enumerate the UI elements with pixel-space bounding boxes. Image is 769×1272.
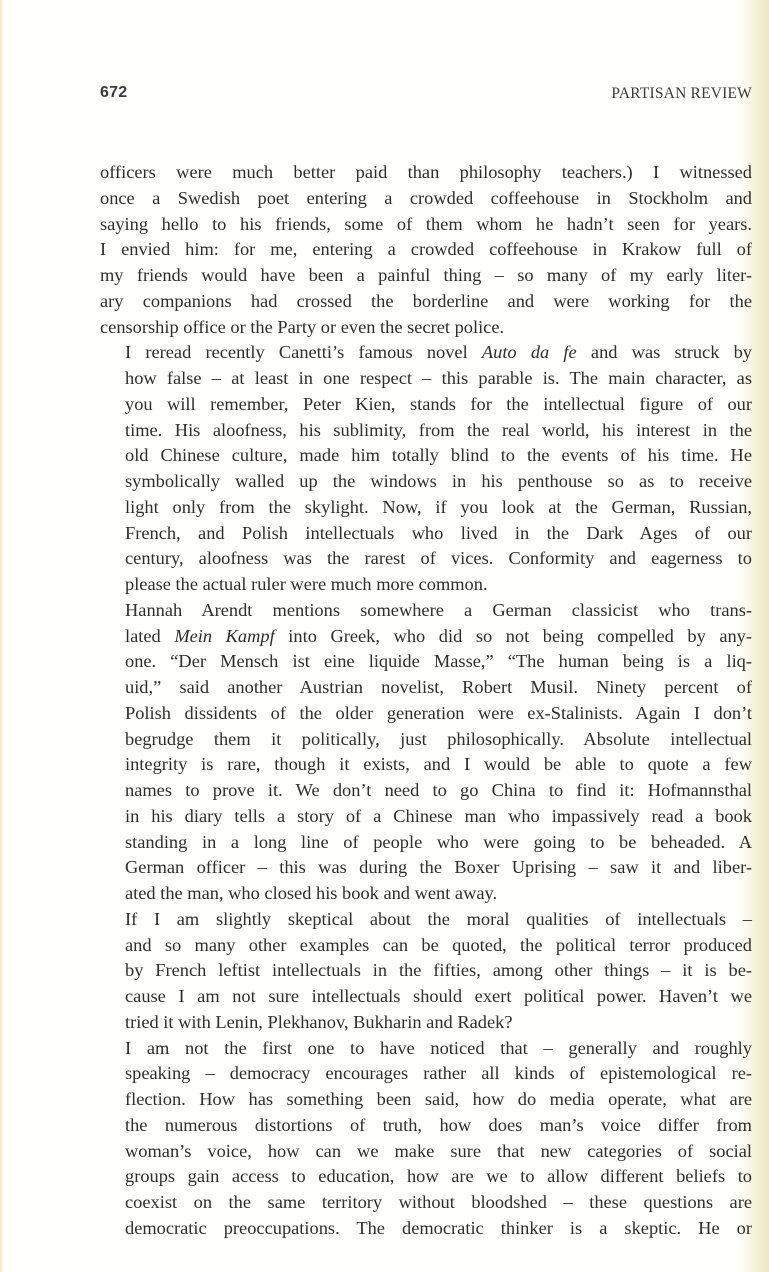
- text-line: censorship office or the Party or even t…: [100, 315, 752, 341]
- paragraph: I am not the first one to have noticed t…: [100, 1036, 752, 1242]
- text-line: ated the man, who closed his book and we…: [100, 881, 752, 907]
- text-line: time. His aloofness, his sublimity, from…: [100, 418, 752, 444]
- text-line: standing in a long line of people who we…: [100, 830, 752, 856]
- text-line: cause I am not sure intellectuals should…: [100, 984, 752, 1010]
- journal-title: PARTISAN REVIEW: [611, 85, 752, 103]
- text-line: groups gain access to education, how are…: [100, 1164, 752, 1190]
- italic-title: Mein Kampf: [174, 626, 274, 646]
- paragraph: If I am slightly skeptical about the mor…: [100, 907, 752, 1036]
- text-line: ary companions had crossed the borderlin…: [100, 289, 752, 315]
- article-body: officers were much better paid than phil…: [100, 160, 752, 1242]
- italic-title: Auto da fe: [482, 342, 577, 362]
- text-line: the numerous distortions of truth, how d…: [100, 1113, 752, 1139]
- text-line: Polish dissidents of the older generatio…: [100, 701, 752, 727]
- text-line: begrudge them it politically, just philo…: [100, 727, 752, 753]
- text-line: I envied him: for me, entering a crowded…: [100, 237, 752, 263]
- text-line: once a Swedish poet entering a crowded c…: [100, 186, 752, 212]
- paragraph: I reread recently Canetti’s famous novel…: [100, 340, 752, 598]
- text-line: one. “Der Mensch ist eine liquide Masse,…: [100, 649, 752, 675]
- text-line: officers were much better paid than phil…: [100, 160, 752, 186]
- text-line: by French leftist intellectuals in the f…: [100, 958, 752, 984]
- text-line: in his diary tells a story of a Chinese …: [100, 804, 752, 830]
- text-line: democratic preoccupations. The democrati…: [100, 1216, 752, 1242]
- text-line: please the actual ruler were much more c…: [100, 572, 752, 598]
- text-line: French, and Polish intellectuals who liv…: [100, 521, 752, 547]
- text-line: If I am slightly skeptical about the mor…: [100, 907, 752, 933]
- text-line: symbolically walled up the windows in hi…: [100, 469, 752, 495]
- text-line: you will remember, Peter Kien, stands fo…: [100, 392, 752, 418]
- text-line: I reread recently Canetti’s famous novel…: [100, 340, 752, 366]
- text-line: and so many other examples can be quoted…: [100, 933, 752, 959]
- paragraph: Hannah Arendt mentions somewhere a Germa…: [100, 598, 752, 907]
- text-line: German officer – this was during the Box…: [100, 855, 752, 881]
- text-line: names to prove it. We don’t need to go C…: [100, 778, 752, 804]
- text-line: woman’s voice, how can we make sure that…: [100, 1139, 752, 1165]
- paragraph: officers were much better paid than phil…: [100, 160, 752, 340]
- text-line: old Chinese culture, made him totally bl…: [100, 443, 752, 469]
- page-edge-shadow-left: [0, 0, 4, 1272]
- text-line: uid,” said another Austrian novelist, Ro…: [100, 675, 752, 701]
- text-line: my friends would have been a painful thi…: [100, 263, 752, 289]
- text-line: light only from the skylight. Now, if yo…: [100, 495, 752, 521]
- text-line: century, aloofness was the rarest of vic…: [100, 546, 752, 572]
- running-head: 672 PARTISAN REVIEW: [100, 84, 752, 108]
- text-line: I am not the first one to have noticed t…: [100, 1036, 752, 1062]
- text-line: integrity is rare, though it exists, and…: [100, 752, 752, 778]
- text-line: coexist on the same territory without bl…: [100, 1190, 752, 1216]
- text-line: saying hello to his friends, some of the…: [100, 212, 752, 238]
- text-line: lated Mein Kampf into Greek, who did so …: [100, 624, 752, 650]
- text-line: Hannah Arendt mentions somewhere a Germa…: [100, 598, 752, 624]
- text-line: flection. How has something been said, h…: [100, 1087, 752, 1113]
- text-line: tried it with Lenin, Plekhanov, Bukharin…: [100, 1010, 752, 1036]
- text-line: how false – at least in one respect – th…: [100, 366, 752, 392]
- page-number: 672: [100, 84, 127, 102]
- text-line: speaking – democracy encourages rather a…: [100, 1061, 752, 1087]
